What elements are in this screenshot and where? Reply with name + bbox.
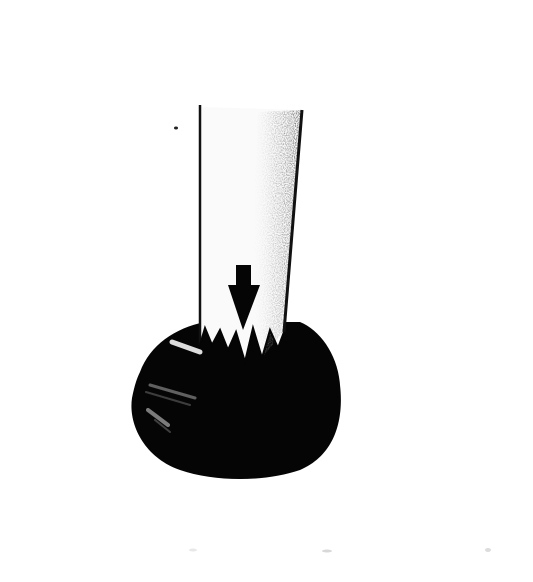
strip-in-base-illustration (0, 0, 533, 582)
scan-speck (189, 549, 197, 552)
scan-speck (174, 127, 178, 130)
scan-speck (485, 548, 491, 552)
scan-speck (322, 550, 332, 553)
dark-dome-base (131, 322, 340, 479)
